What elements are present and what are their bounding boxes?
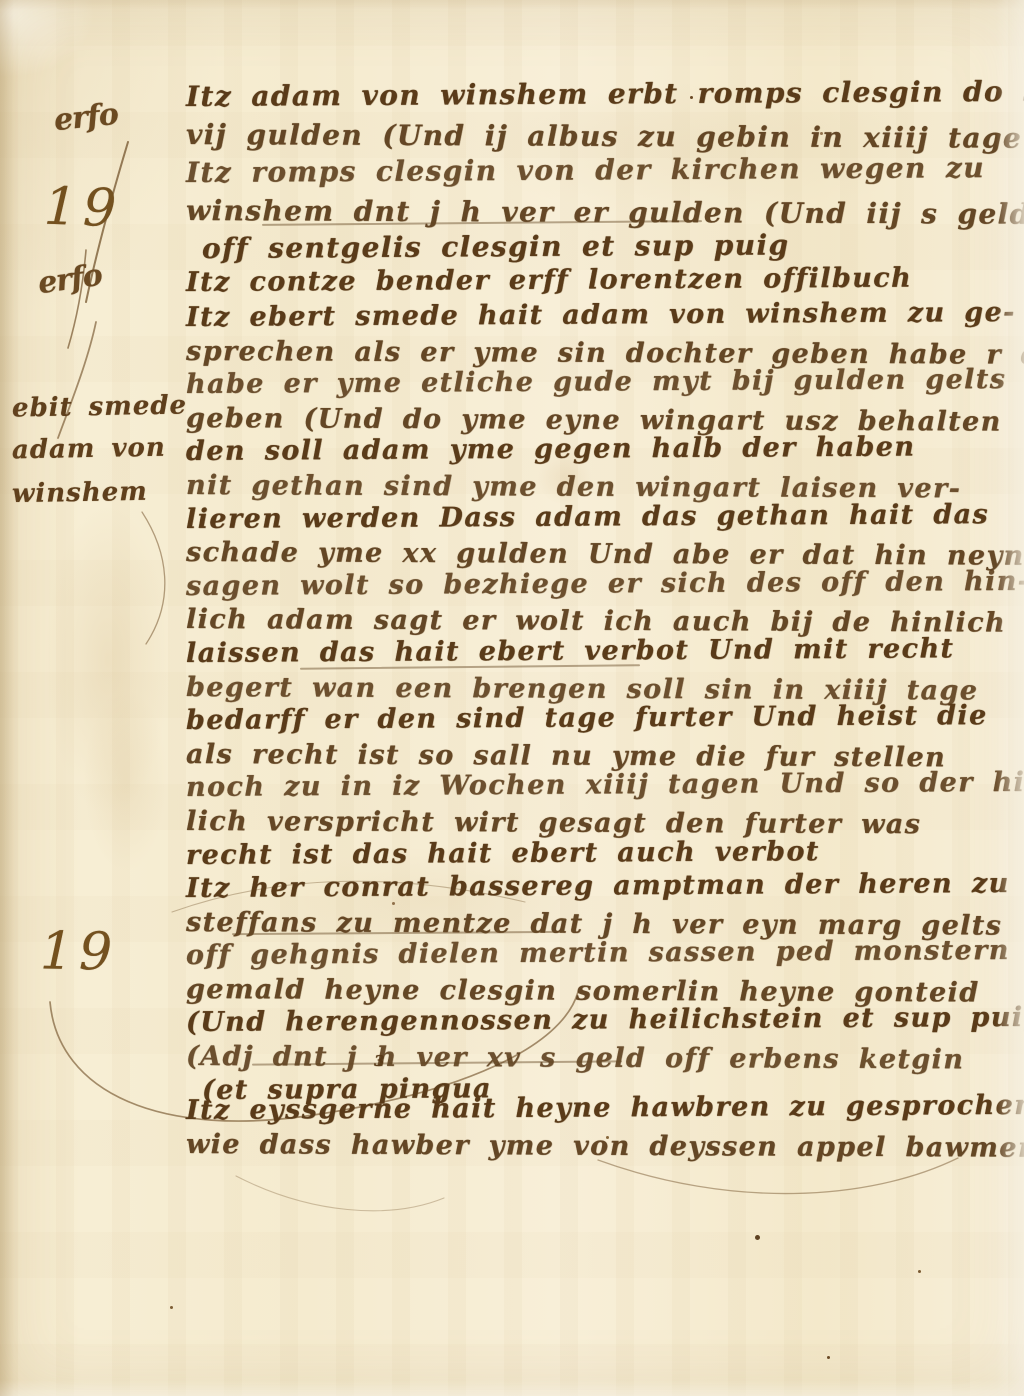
margin-settlement-mark-middle: erfo [36, 258, 104, 302]
entry-line: bedarff er den sind tage furter Und heis… [186, 699, 1002, 738]
margin-note-line: adam von [12, 433, 166, 466]
entry-line: Itz ebert smede hait adam von winshem zu… [186, 296, 1002, 335]
folio-number-bottom: 19 [39, 921, 118, 982]
entry-line: wie dass hawber yme von deyssen appel ba… [186, 1128, 1002, 1165]
interlinear-correction-digit: 3 [374, 1052, 386, 1070]
entry-line: off gehgnis dielen mertin sassen ped mon… [186, 934, 1002, 973]
entry-block-4: Itz her conrat bassereg amptman der here… [186, 872, 1002, 1107]
entry-block-2: Itz contze bender erff lorentzen offilbu… [186, 266, 1002, 300]
entry-block-1: Itz adam von winshem erbt romps clesgin … [186, 78, 1002, 268]
margin-settlement-mark-top: erfo [52, 97, 119, 138]
entry-line: Itz adam von winshem erbt romps clesgin … [186, 73, 1002, 116]
entry-line: Itz contze bender erff lorentzen offilbu… [186, 261, 1002, 300]
entry-block-3: Itz ebert smede hait adam von winshem zu… [186, 301, 1002, 872]
entry-line: recht ist das hait ebert auch verbot [186, 834, 1002, 873]
entry-block-5: Itz eyssgerne hait heyne hawbren zu gesp… [186, 1094, 1002, 1161]
folio-number-top: 19 [43, 177, 123, 240]
entry-line: Itz her conrat bassereg amptman der here… [186, 867, 1002, 906]
entry-line: den soll adam yme gegen halb der haben [186, 430, 1002, 469]
entry-line: sagen wolt so bezhiege er sich des off d… [186, 565, 1002, 604]
entry-line: habe er yme etliche gude myt bij gulden … [186, 363, 1002, 402]
entry-line: noch zu in iz Wochen xiiij tagen Und so … [186, 766, 1002, 805]
margin-note-line: winshem [12, 477, 148, 509]
entry-line: (Und herengennossen zu heilichstein et s… [186, 1001, 1002, 1040]
margin-note-line: ebit smede [12, 390, 188, 423]
entry-line: Itz romps clesgin von der kirchen wegen … [186, 149, 1002, 192]
entry-line: lieren werden Dass adam das gethan hait … [186, 498, 1002, 537]
entry-line: Itz eyssgerne hait heyne hawbren zu gesp… [186, 1089, 1002, 1128]
manuscript-page: erfo 19 erfo ebit smede adam von winshem… [0, 0, 1024, 1396]
